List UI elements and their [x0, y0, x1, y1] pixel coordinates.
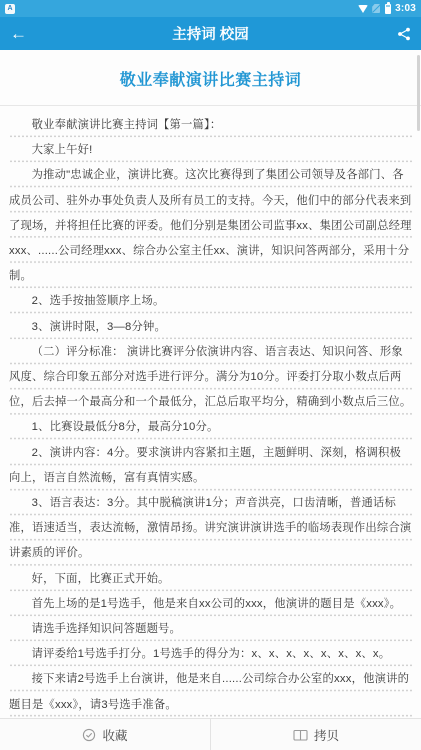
article-paragraph: 接下来请2号选手上台演讲，他是来自......公司综合办公室的xxx，他演讲的题…: [9, 667, 412, 717]
page-title: 主持词 校园: [0, 23, 421, 44]
scrollbar[interactable]: [417, 55, 420, 131]
article-paragraph: 3、语言表达：3分。其中脱稿演讲1分；声音洪亮，口齿清晰，普通话标准，语速适当，…: [9, 491, 412, 567]
article-paragraph: （二）评分标准： 演讲比赛评分依演讲内容、语言表达、知识问答、形象风度、综合印象…: [9, 340, 412, 416]
status-bar-left: A: [5, 4, 15, 14]
copy-icon: [293, 729, 308, 741]
article-paragraph: 首先上场的是1号选手，他是来自xx公司的xxx，他演讲的题目是《xxx》。: [9, 592, 412, 617]
article-paragraph: 敬业奉献演讲比赛主持词【第一篇】：: [9, 113, 412, 138]
no-sim-icon: [372, 4, 380, 13]
back-arrow-icon[interactable]: ←: [10, 25, 34, 42]
app-screen: A 3:03 ← 主持词 校园 敬业奉献演讲比赛主持词: [0, 0, 421, 750]
article-paragraph: 请评委给1号选手打分。1号选手的得分为：x、x、x、x、x、x、x、x。: [9, 642, 412, 667]
article-paragraph: 3、演讲时限，3—8分钟。: [9, 315, 412, 340]
article-paragraph: 2、演讲内容：4分。要求演讲内容紧扣主题，主题鲜明、深刻，格调积极向上，语言自然…: [9, 441, 412, 491]
article-paragraph: 请选手选择知识问答题题号。: [9, 617, 412, 642]
check-circle-icon: [82, 728, 96, 742]
article-paragraph: 2、选手按抽签顺序上场。: [9, 289, 412, 314]
battery-icon: [385, 4, 391, 14]
article-paragraph: 为推动"忠诚企业，演讲比赛。这次比赛得到了集团公司领导及各部门、各成员公司、驻外…: [9, 163, 412, 289]
favorite-button[interactable]: 收藏: [0, 719, 210, 750]
notification-app-icon: A: [5, 4, 15, 14]
bottom-toolbar: 收藏 拷贝: [0, 718, 421, 750]
article-paragraph: 1、比赛设最低分8分，最高分10分。: [9, 415, 412, 440]
clock-time: 3:03: [395, 3, 416, 14]
article-paragraph: 大家上午好!: [9, 138, 412, 163]
article-title: 敬业奉献演讲比赛主持词: [0, 50, 421, 105]
share-icon[interactable]: [397, 27, 411, 41]
copy-button[interactable]: 拷贝: [211, 719, 421, 750]
wifi-icon: [358, 5, 368, 13]
status-bar: A 3:03: [0, 0, 421, 17]
copy-label: 拷贝: [314, 726, 339, 744]
article-body: 敬业奉献演讲比赛主持词【第一篇】： 大家上午好! 为推动"忠诚企业，演讲比赛。这…: [0, 106, 421, 718]
header: ← 主持词 校园: [0, 17, 421, 50]
article-content[interactable]: 敬业奉献演讲比赛主持词 敬业奉献演讲比赛主持词【第一篇】： 大家上午好! 为推动…: [0, 50, 421, 718]
article-paragraph: 好，下面，比赛正式开始。: [9, 567, 412, 592]
favorite-label: 收藏: [102, 726, 127, 744]
status-bar-right: 3:03: [358, 3, 416, 14]
